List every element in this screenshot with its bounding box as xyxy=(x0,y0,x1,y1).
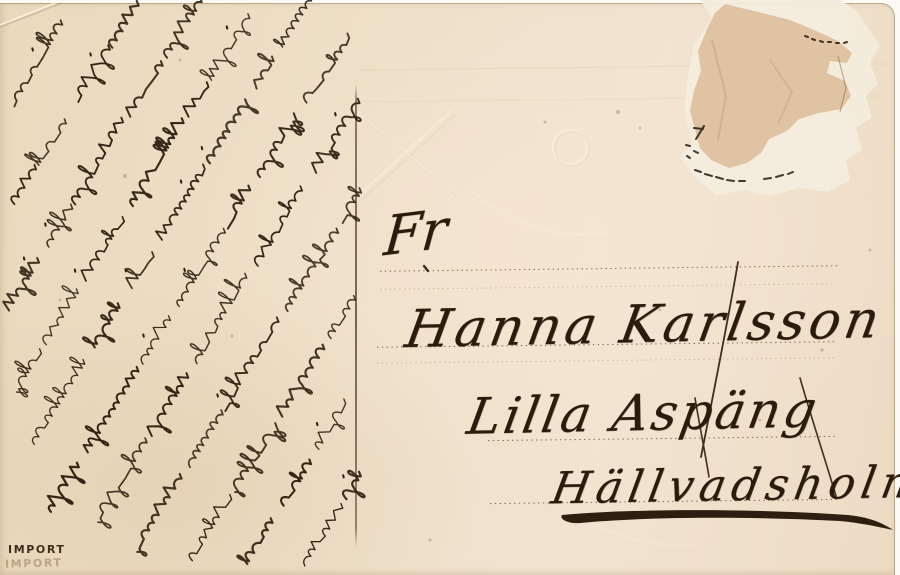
address-divider-line xyxy=(355,84,357,547)
recipient-name: Hanna Karlsson xyxy=(402,294,887,356)
postcard-scan: { "postcard": { "message": { "note": "de… xyxy=(0,0,900,575)
address-prefix: Fr xyxy=(382,202,450,265)
recipient-street: Lilla Aspäng xyxy=(464,384,823,442)
import-imprint-ghost: IMPORT xyxy=(5,556,63,571)
import-imprint: IMPORT xyxy=(8,543,66,556)
recipient-town: Hällvadsholm xyxy=(548,461,900,512)
